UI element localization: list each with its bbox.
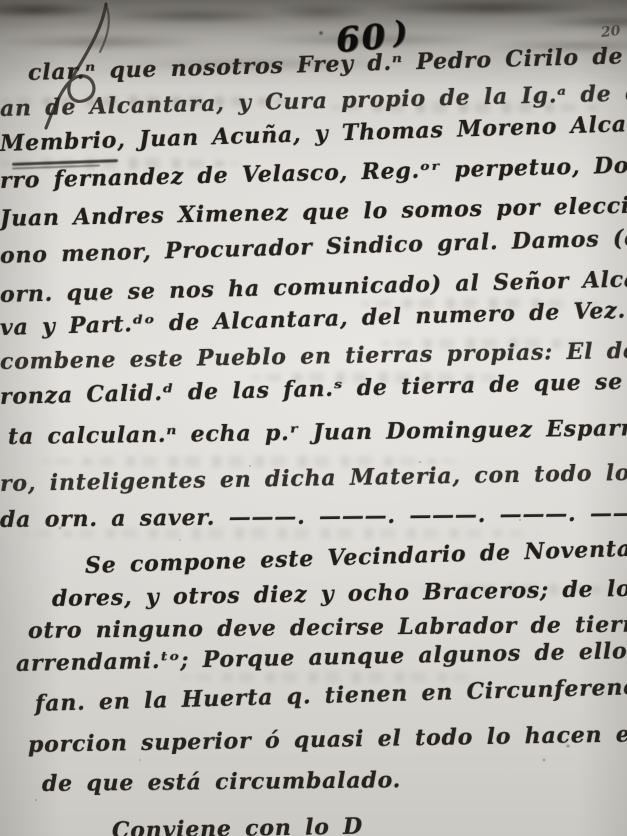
manuscript-line: Se compone este Vecindario de Noventa y … xyxy=(85,531,627,579)
manuscript-line: ro, inteligentes en dicha Materia, con t… xyxy=(0,455,627,497)
folio-flourish: ) xyxy=(391,15,410,51)
manuscript-line: ta calculan.ⁿ echa p.ʳ Juan Dominguez Es… xyxy=(8,412,627,450)
manuscript-line: de que está circumbalado. xyxy=(42,767,401,797)
manuscript-line: combene este Pueblo en tierras propias: … xyxy=(0,334,627,375)
manuscript-line: Conviene con lo D xyxy=(112,814,363,836)
manuscript-line: fan. en la Huerta q. tienen en Circunfer… xyxy=(35,668,627,717)
manuscript-line: clar.ⁿ que nosotros Frey d.ⁿ Pedro Ciril… xyxy=(28,38,627,86)
manuscript-line: Juan Andres Ximenez que lo somos por ele… xyxy=(0,188,627,232)
manuscript-line: da orn. a saver. ———. ———. ———. ———. ——— xyxy=(0,500,627,533)
manuscript-line: porcion superior ó quasi el todo lo hace… xyxy=(28,718,627,758)
manuscript-line: otro ninguno deve decirse Labrador de ti… xyxy=(28,609,627,644)
page-number: 20 xyxy=(600,23,621,41)
manuscript-photo: 60) 20 clar.ⁿ que nosotros Frey d.ⁿ Pedr… xyxy=(0,0,627,836)
